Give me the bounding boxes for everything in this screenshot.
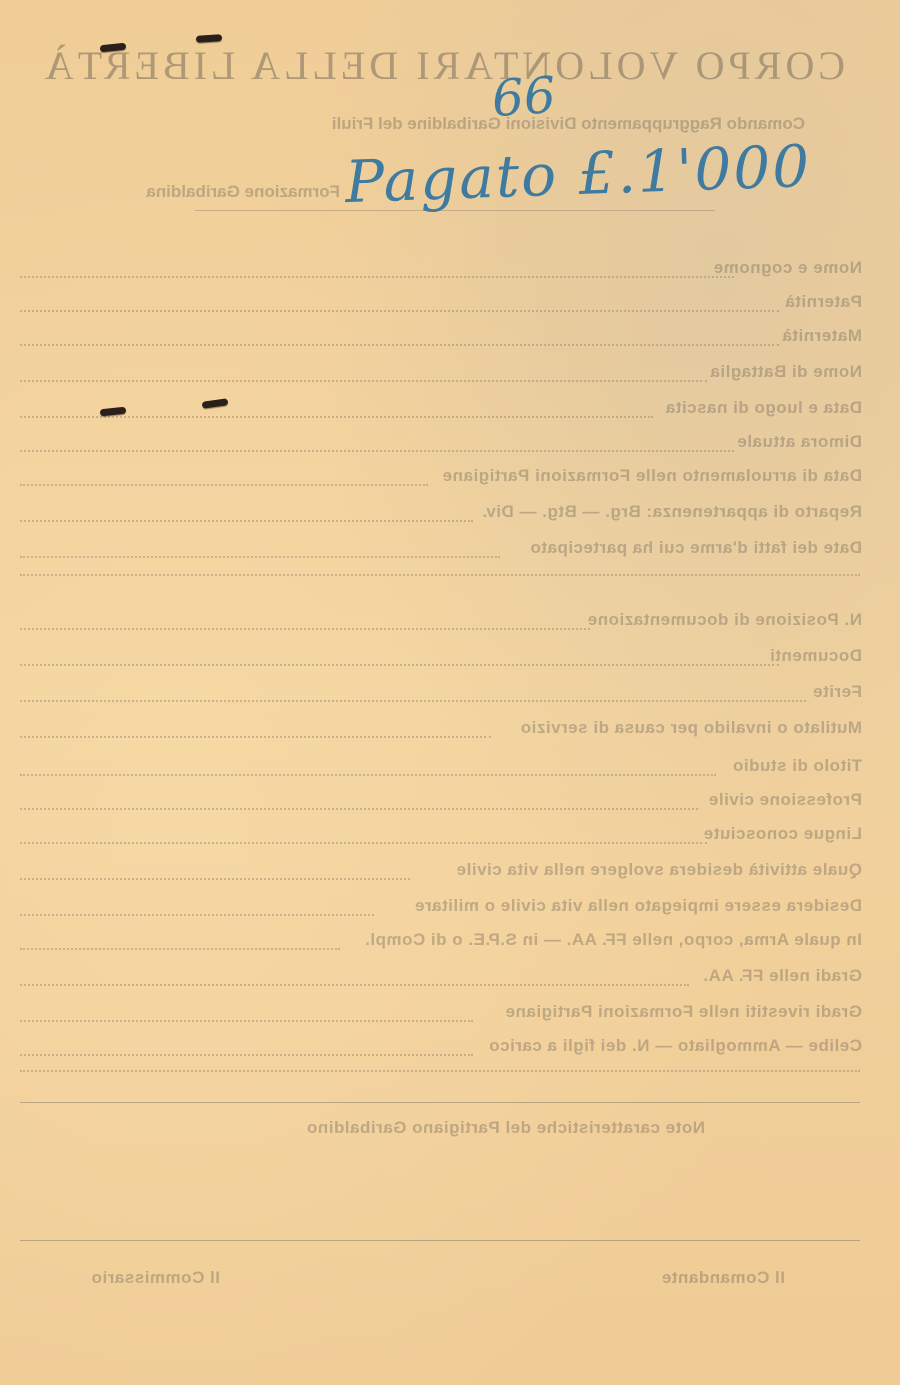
fill-in-dotted-line xyxy=(20,1070,860,1072)
fill-in-dotted-line xyxy=(20,984,689,986)
showthrough-field-label: Dimora attuale xyxy=(737,432,862,452)
showthrough-field-label: Desidera essere impiegato nella vita civ… xyxy=(415,896,862,916)
showthrough-field-label: Celibe — Ammogliato — N. dei figli a car… xyxy=(489,1036,862,1056)
fill-in-dotted-line xyxy=(20,484,428,486)
fill-in-dotted-line xyxy=(20,520,473,522)
showthrough-field-label: Mutilato o invalido per causa di servizi… xyxy=(520,718,862,738)
showthrough-field-label: Ferite xyxy=(813,682,862,702)
fill-in-dotted-line xyxy=(20,914,374,916)
showthrough-header-title: CORPO VOLONTARI DELLA LIBERTÀ xyxy=(41,42,845,89)
fill-in-dotted-line xyxy=(20,450,734,452)
showthrough-field-label: In quale Arma, corpo, nelle FF. AA. — in… xyxy=(365,930,862,950)
showthrough-signature-right: Il Comandante xyxy=(661,1268,785,1288)
showthrough-field-label: Paternità xyxy=(785,292,862,312)
showthrough-field-label: Gradi nelle FF. AA. xyxy=(703,966,862,986)
fill-in-dotted-line xyxy=(20,878,410,880)
handwritten-number: 66 xyxy=(490,66,558,128)
fill-in-dotted-line xyxy=(20,1054,473,1056)
fill-in-dotted-line xyxy=(20,310,779,312)
fill-in-dotted-line xyxy=(20,574,860,576)
fill-in-dotted-line xyxy=(20,276,734,278)
fill-in-dotted-line xyxy=(20,948,340,950)
showthrough-field-label: Maternità xyxy=(782,326,862,346)
showthrough-field-label: Reparto di appartenenza: Brg. — Btg. — D… xyxy=(482,502,862,522)
showthrough-field-label: Data di arruolamento nelle Formazioni Pa… xyxy=(442,466,862,486)
fill-in-dotted-line xyxy=(20,774,716,776)
fill-in-dotted-line xyxy=(20,344,779,346)
showthrough-field-label: Gradi rivestiti nelle Formazioni Partigi… xyxy=(505,1002,862,1022)
fill-in-dotted-line xyxy=(20,664,779,666)
fill-in-dotted-line xyxy=(20,808,698,810)
showthrough-notes-heading: Note caratteristiche del Partigiano Gari… xyxy=(306,1118,705,1138)
fill-in-dotted-line xyxy=(20,736,491,738)
fill-in-dotted-line xyxy=(20,380,707,382)
fill-in-dotted-line xyxy=(20,556,500,558)
showthrough-field-label: Titolo di studio xyxy=(733,756,863,776)
rule-line xyxy=(20,1102,860,1103)
showthrough-field-label: Lingue conosciute xyxy=(703,824,862,844)
rule-line xyxy=(20,1240,860,1241)
fill-in-dotted-line xyxy=(20,700,806,702)
showthrough-header-formation: Formazione Garibaldina xyxy=(146,182,340,202)
showthrough-field-label: N. Posizione di documentazione xyxy=(587,610,862,630)
showthrough-field-label: Nome di Battaglia xyxy=(710,362,862,382)
showthrough-field-label: Nome e cognome xyxy=(713,258,862,278)
fill-in-dotted-line xyxy=(20,416,653,418)
showthrough-signature-left: Il Commissario xyxy=(91,1268,220,1288)
showthrough-field-label: Data e luogo di nascita xyxy=(665,398,862,418)
showthrough-field-label: Quale attività desidera svolgere nella v… xyxy=(456,860,862,880)
showthrough-field-label: Documenti xyxy=(770,646,862,666)
fill-in-dotted-line xyxy=(20,842,707,844)
showthrough-header-subtitle: Comando Raggruppamento Divisioni Garibal… xyxy=(332,114,805,134)
fill-in-dotted-line xyxy=(20,1020,473,1022)
fill-in-dotted-line xyxy=(20,628,590,630)
showthrough-field-label: Date dei fatti d'arme cui ha partecipato xyxy=(530,538,862,558)
document-page: CORPO VOLONTARI DELLA LIBERTÀ Comando Ra… xyxy=(0,0,900,1385)
showthrough-field-label: Professione civile xyxy=(708,790,862,810)
